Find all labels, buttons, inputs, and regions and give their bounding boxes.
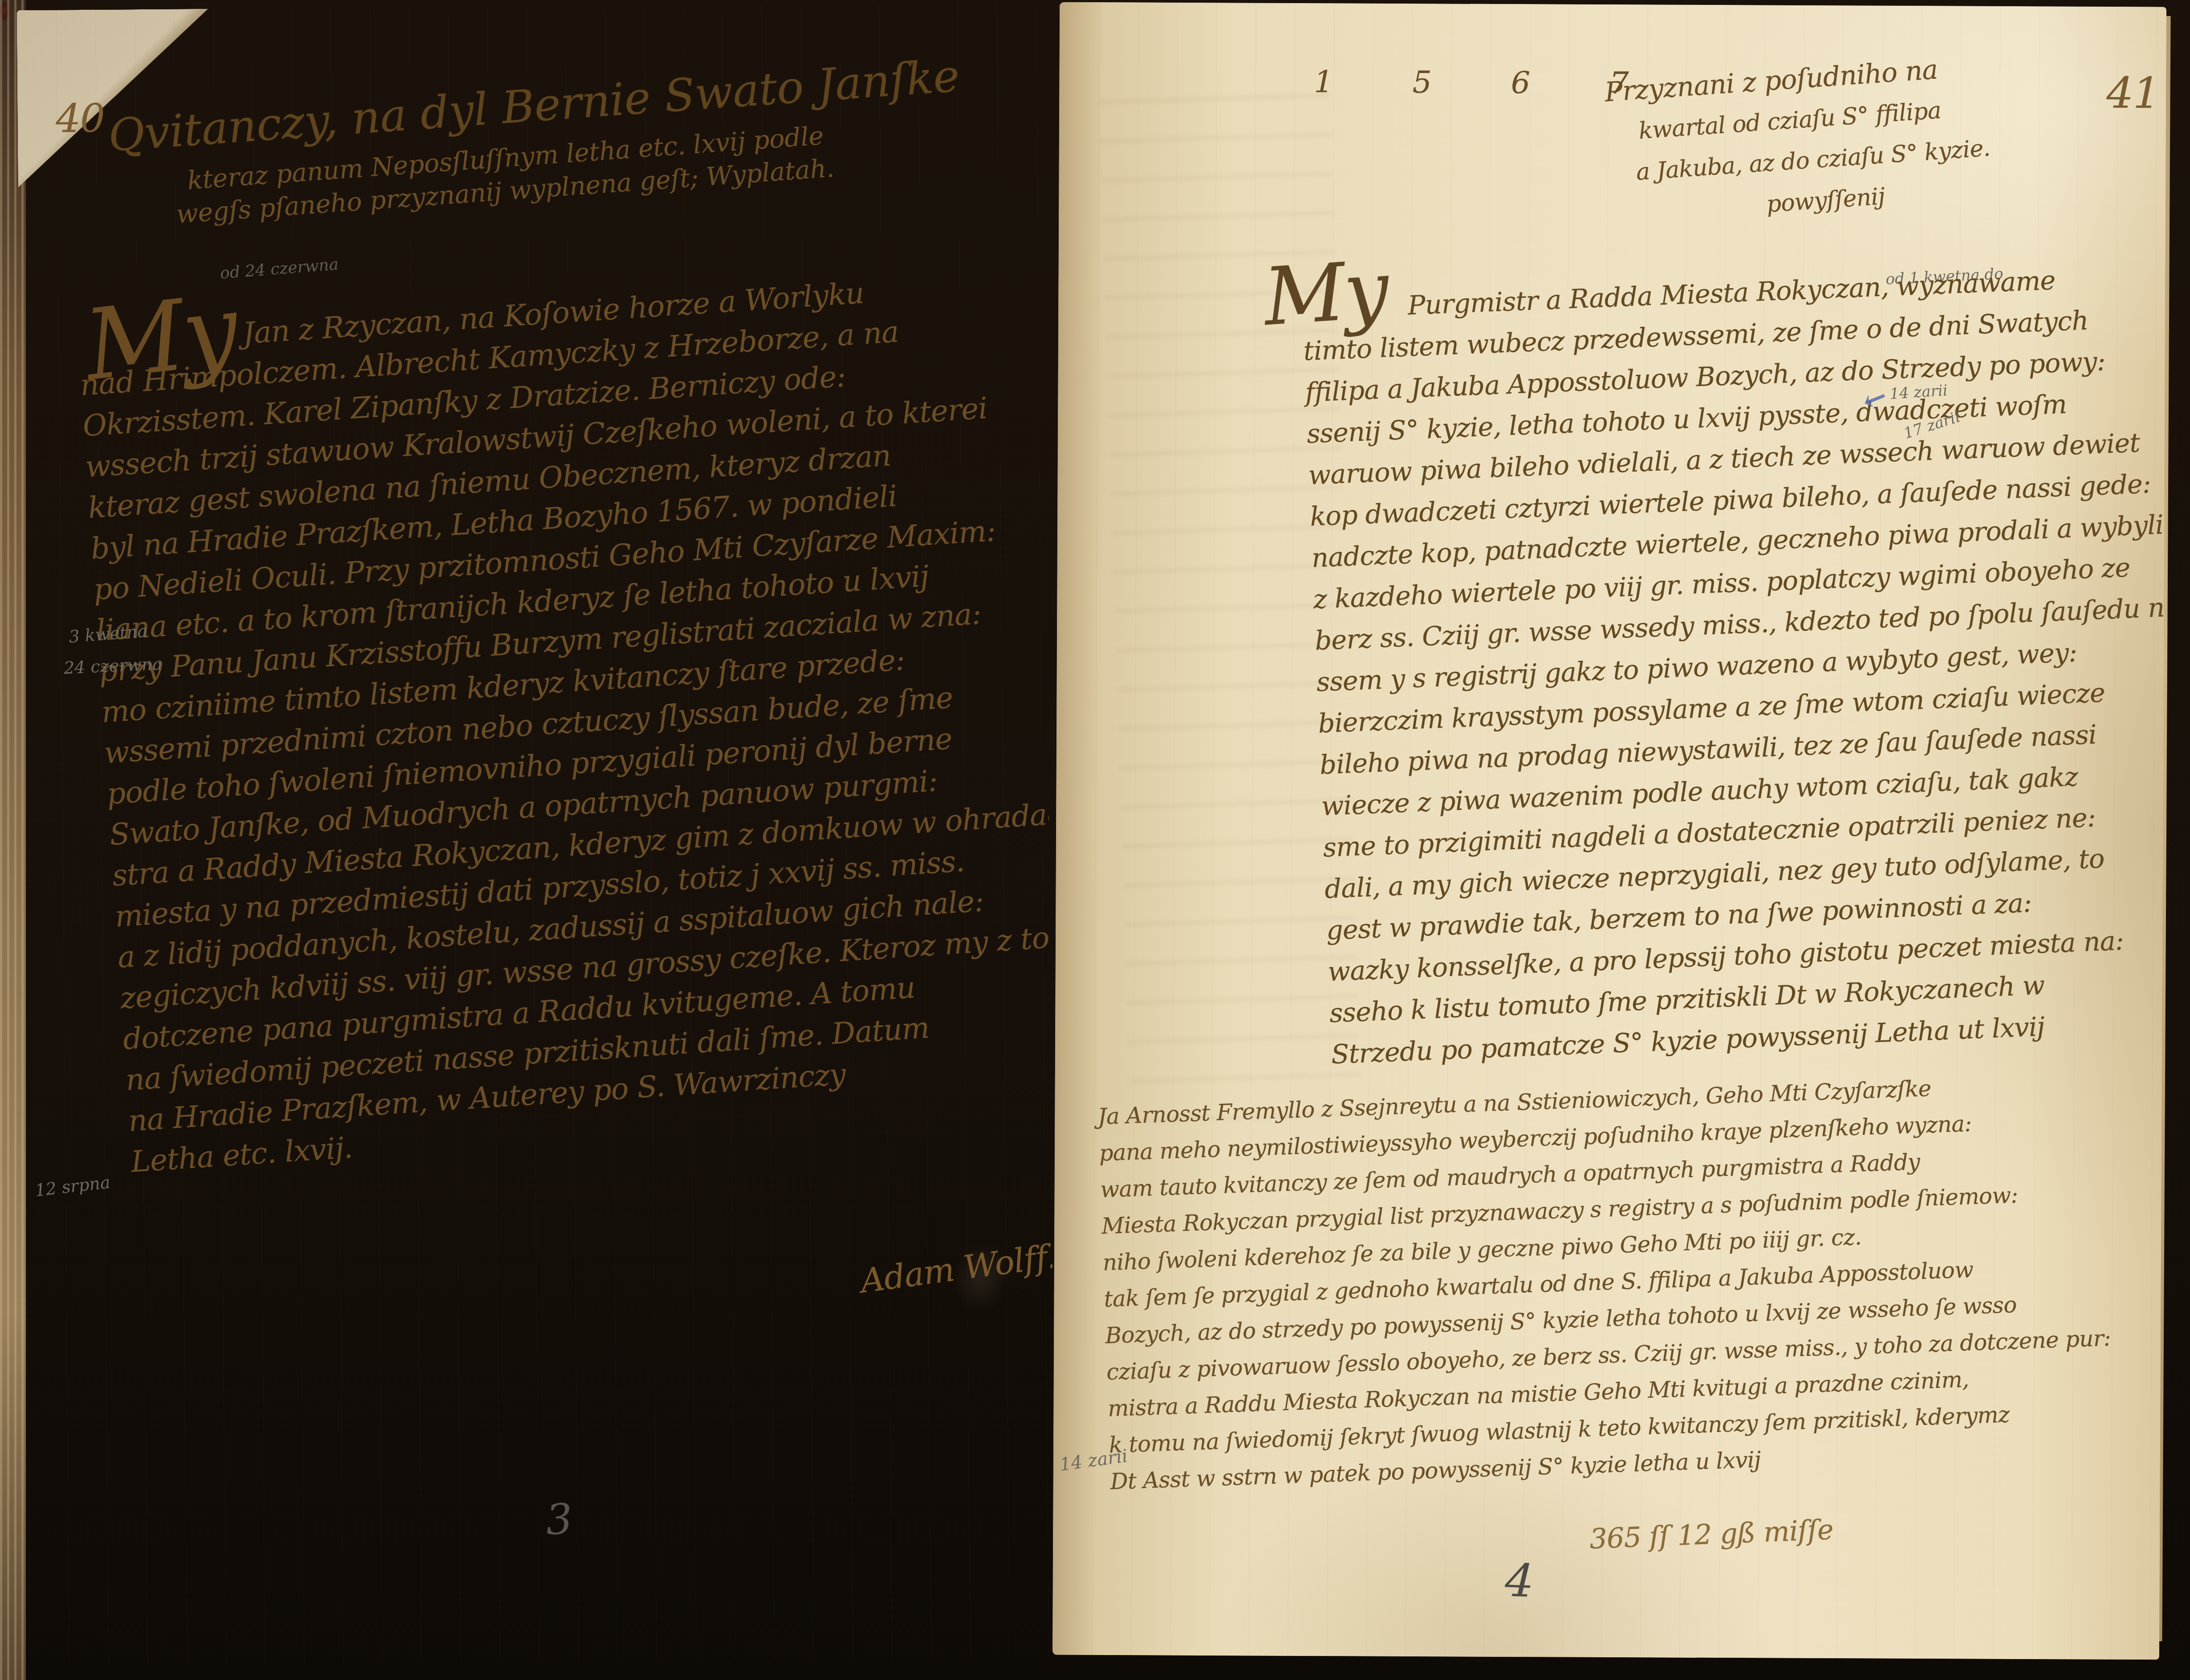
- folio-number-41: 41: [2106, 68, 2160, 118]
- right-page-folio-41: 1 5 6 7 Przyznani z poſudniho nakwartal …: [1052, 2, 2166, 1660]
- manuscript-scan: 40 Qvitanczy, na dyl Bernie Swato Janſke…: [0, 0, 2190, 1680]
- sum-amount-line: 365 ſſ 12 gß miſſe: [1589, 1513, 1834, 1555]
- left-body-paragraph: Jan z Rzyczan, na Koſowie horze a Worlyk…: [76, 261, 1056, 1183]
- collector-receipt-paragraph: Ja Arnosst Fremyllo z Ssejnreytu a na Ss…: [1097, 1062, 2166, 1500]
- folio-number-40: 40: [56, 95, 105, 142]
- left-page-folio-40: 40 Qvitanczy, na dyl Bernie Swato Janſke…: [16, 2, 1055, 1666]
- document-title-block: Qvitanczy, na dyl Bernie Swato Janſke kt…: [106, 49, 966, 234]
- pencil-date-note: od 24 czerwna: [219, 255, 339, 283]
- header-declaration-block: Przyznani z poſudniho nakwartal od cziaſ…: [1603, 46, 1994, 236]
- pencil-sheet-number: 3: [544, 1495, 574, 1545]
- right-body-paragraph: Purgmistr a Radda Miesta Rokyczan, wyzna…: [1301, 254, 2166, 1075]
- margin-date-note: 12 srpna: [34, 1172, 111, 1200]
- pencil-sheet-number: 4: [1504, 1554, 1535, 1608]
